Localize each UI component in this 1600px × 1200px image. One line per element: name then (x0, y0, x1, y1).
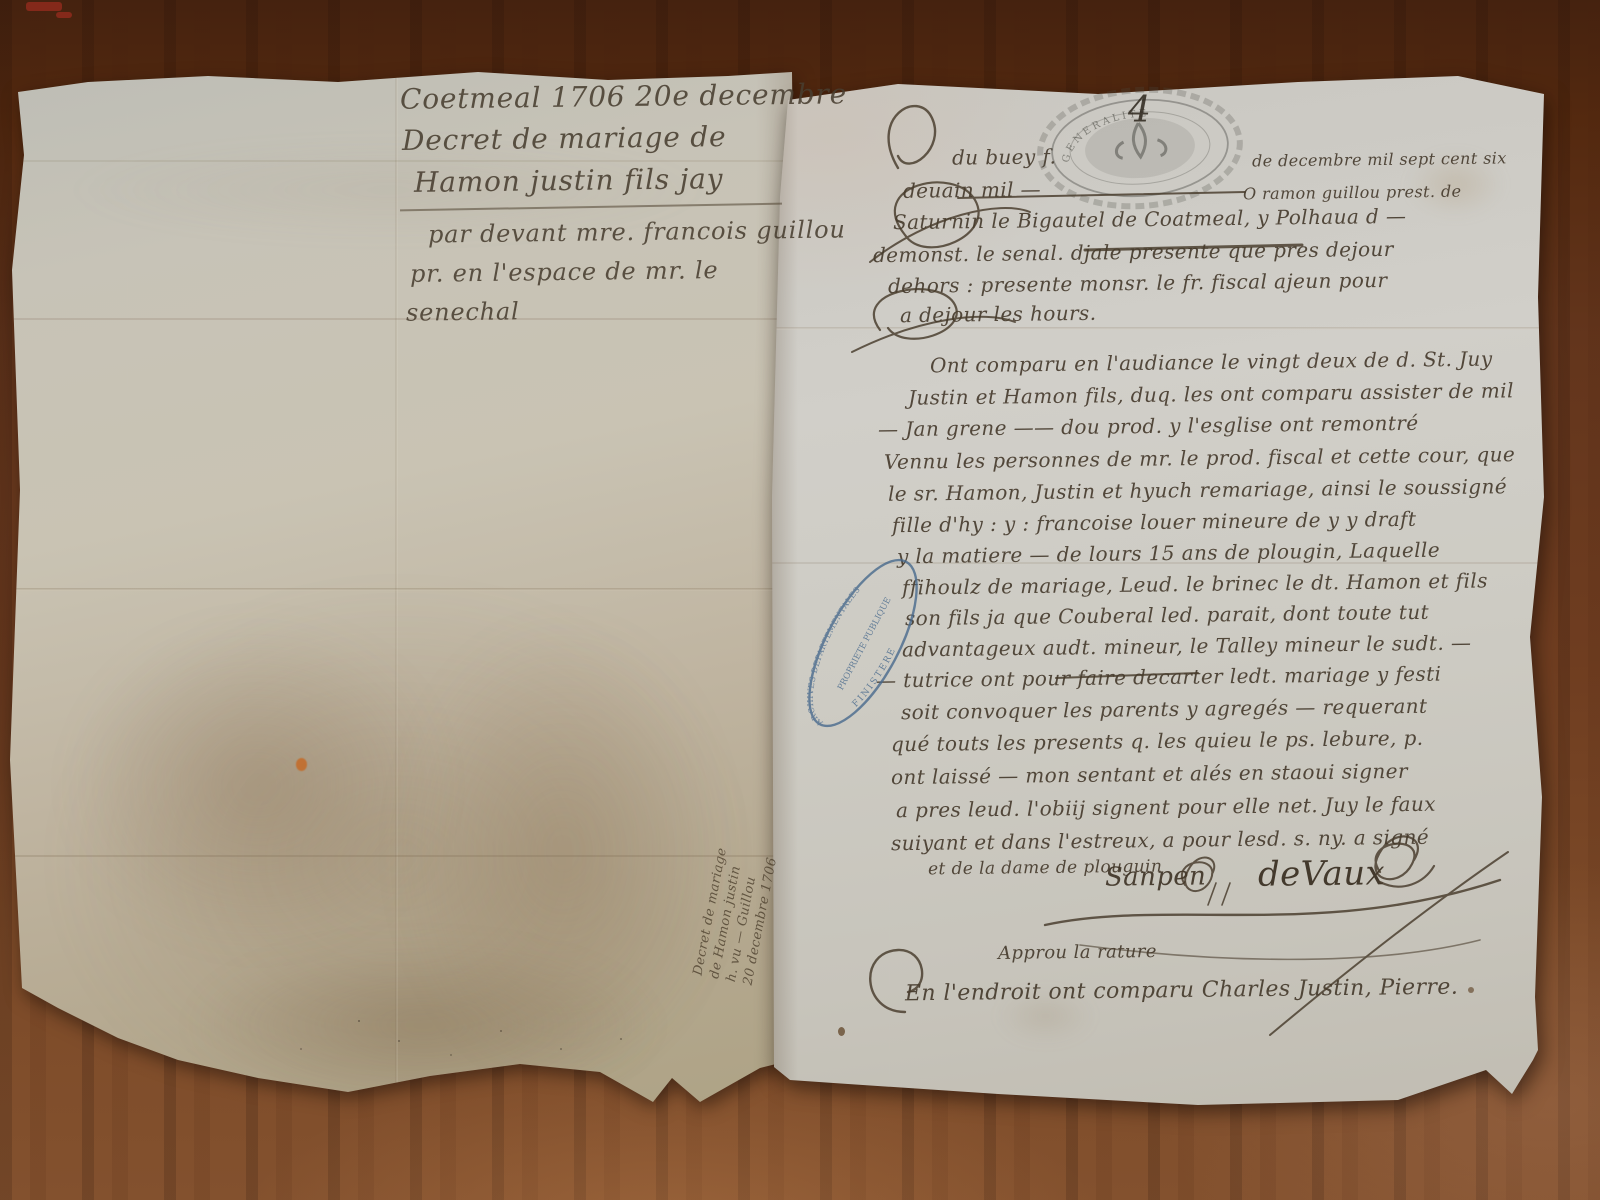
left-page (8, 60, 798, 1130)
fold-crease (8, 588, 798, 591)
fold-crease (395, 60, 398, 1130)
stain (68, 140, 708, 240)
stain (998, 990, 1093, 1042)
fold-crease (8, 160, 798, 162)
fold-crease (8, 855, 798, 857)
document-photo: Coetmeal 1706 20e decembre Decret de mar… (0, 0, 1600, 1200)
rust-spot (296, 758, 307, 771)
stain (188, 940, 658, 1110)
stain (1408, 152, 1503, 217)
right-page-paper (768, 72, 1550, 1127)
left-page-paper (8, 60, 798, 1130)
right-page (768, 72, 1550, 1127)
stain (68, 620, 448, 950)
fold-crease (768, 562, 1550, 564)
fold-crease (768, 327, 1550, 330)
fold-crease (8, 318, 798, 320)
ink-speck (838, 1027, 845, 1036)
ink-speck (1468, 987, 1474, 993)
wood-red-speck (56, 12, 72, 18)
wood-red-speck (26, 2, 62, 11)
ink-speckles (358, 1020, 360, 1022)
